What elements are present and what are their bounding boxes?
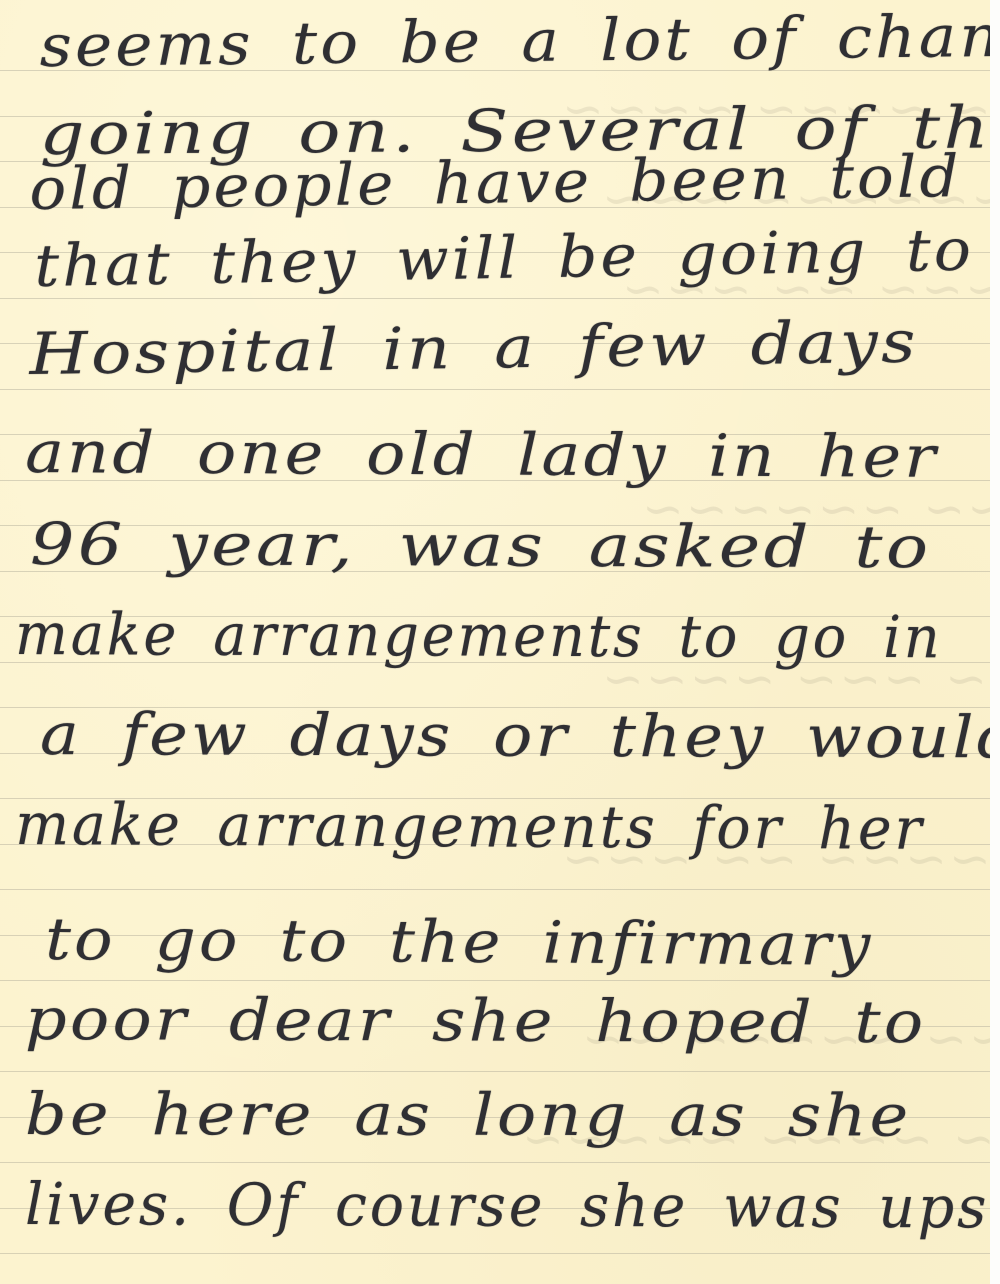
- ruled-line: [0, 889, 990, 890]
- handwritten-line: make arrangements for her: [15, 790, 986, 863]
- handwritten-line: make arrangements to go in: [15, 600, 966, 671]
- handwritten-line: 96 year, was asked to: [30, 510, 990, 582]
- ruled-line: [0, 980, 990, 981]
- scan-margin: [990, 0, 1000, 1284]
- handwritten-line: and one old lady in her: [25, 418, 990, 492]
- handwritten-line: lives. Of course she was upset: [25, 1170, 990, 1241]
- handwritten-line: Hospital in a few days: [29, 304, 990, 388]
- letter-page: ~~~ ~~~~ ~~~~ ~~ ~~~~~~ ~~~ ~~~~~~ ~~ ~~…: [0, 0, 990, 1284]
- handwritten-line: to go to the infirmary: [45, 905, 990, 981]
- handwritten-line: be here as long as she: [25, 1080, 990, 1150]
- ruled-line: [0, 1253, 990, 1254]
- handwritten-line: poor dear she hoped to: [25, 985, 990, 1057]
- handwritten-line: a few days or they would: [40, 700, 990, 772]
- handwritten-line: seems to be a lot of change: [39, 1, 990, 80]
- ruled-line: [0, 389, 990, 390]
- ruled-line: [0, 1071, 990, 1072]
- handwritten-line: old people have been told: [29, 140, 990, 223]
